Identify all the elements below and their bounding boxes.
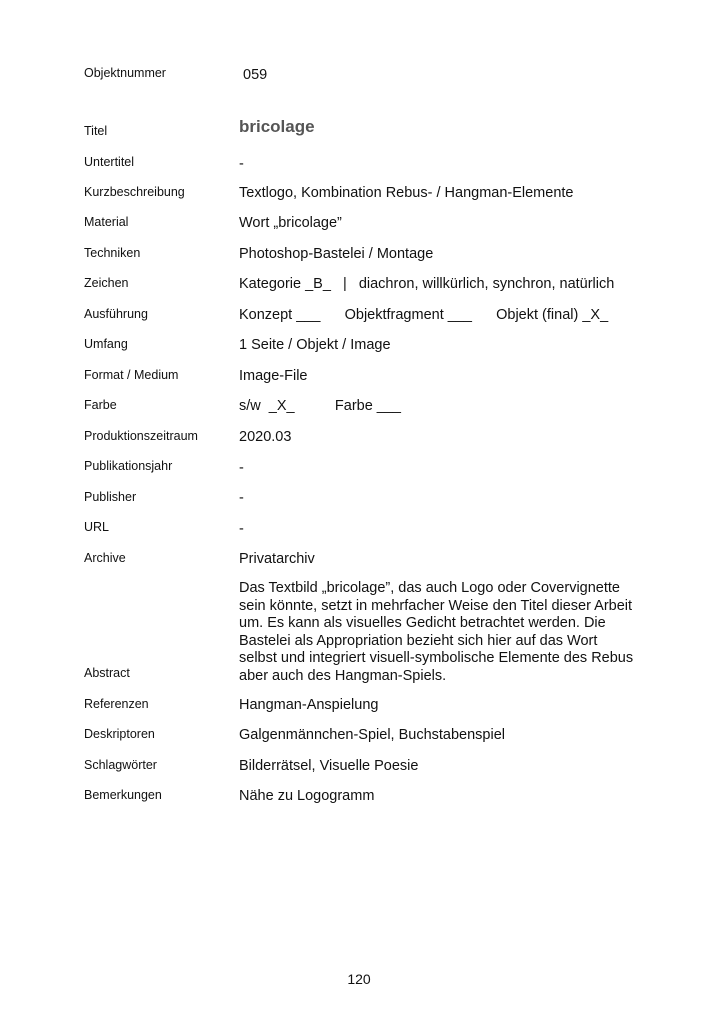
page-number: 120 <box>0 971 718 987</box>
field-label: Schlagwörter <box>84 758 157 772</box>
field-label: Format / Medium <box>84 368 178 382</box>
field-label: Farbe <box>84 398 117 412</box>
field-label: Referenzen <box>84 697 149 711</box>
field-value: - <box>239 490 244 506</box>
field-label: URL <box>84 520 109 534</box>
field-value: Photoshop-Bastelei / Montage <box>239 246 433 262</box>
field-value: 2020.03 <box>239 429 291 445</box>
field-label: Ausführung <box>84 307 148 321</box>
field-value: Galgenmännchen-Spiel, Buchstabenspiel <box>239 727 505 743</box>
field-label: Publisher <box>84 490 136 504</box>
field-value: - <box>239 460 244 476</box>
field-value: Nähe zu Logogramm <box>239 788 374 804</box>
field-value: 1 Seite / Objekt / Image <box>239 337 391 353</box>
field-label: Bemerkungen <box>84 788 162 802</box>
field-label: Abstract <box>84 666 130 680</box>
abstract-text: Das Textbild „bricolage”, das auch Logo … <box>239 580 639 685</box>
field-label: Techniken <box>84 246 140 260</box>
field-label: Untertitel <box>84 155 134 169</box>
field-label: Titel <box>84 124 107 138</box>
field-label: Zeichen <box>84 276 128 290</box>
field-value: Privatarchiv <box>239 551 315 567</box>
field-value: Bilderrätsel, Visuelle Poesie <box>239 758 418 774</box>
field-value: - <box>239 156 244 172</box>
field-label: Produktionszeitraum <box>84 429 198 443</box>
field-label: Deskriptoren <box>84 727 155 741</box>
field-label: Umfang <box>84 337 128 351</box>
field-label: Objektnummer <box>84 66 166 80</box>
field-value: s/w _X_ Farbe ___ <box>239 398 401 414</box>
field-value: Textlogo, Kombination Rebus- / Hangman-E… <box>239 185 573 201</box>
field-label: Archive <box>84 551 126 565</box>
field-value: bricolage <box>239 117 315 137</box>
field-value: Kategorie _B_ | diachron, willkürlich, s… <box>239 276 614 292</box>
field-label: Publikationsjahr <box>84 459 172 473</box>
field-label: Kurzbeschreibung <box>84 185 185 199</box>
field-value: Image-File <box>239 368 308 384</box>
field-value: - <box>239 521 244 537</box>
field-value: Konzept ___ Objektfragment ___ Objekt (f… <box>239 307 608 323</box>
field-label: Material <box>84 215 128 229</box>
field-value: 059 <box>243 67 267 83</box>
field-value: Hangman-Anspielung <box>239 697 378 713</box>
field-value: Wort „bricolage” <box>239 215 342 231</box>
